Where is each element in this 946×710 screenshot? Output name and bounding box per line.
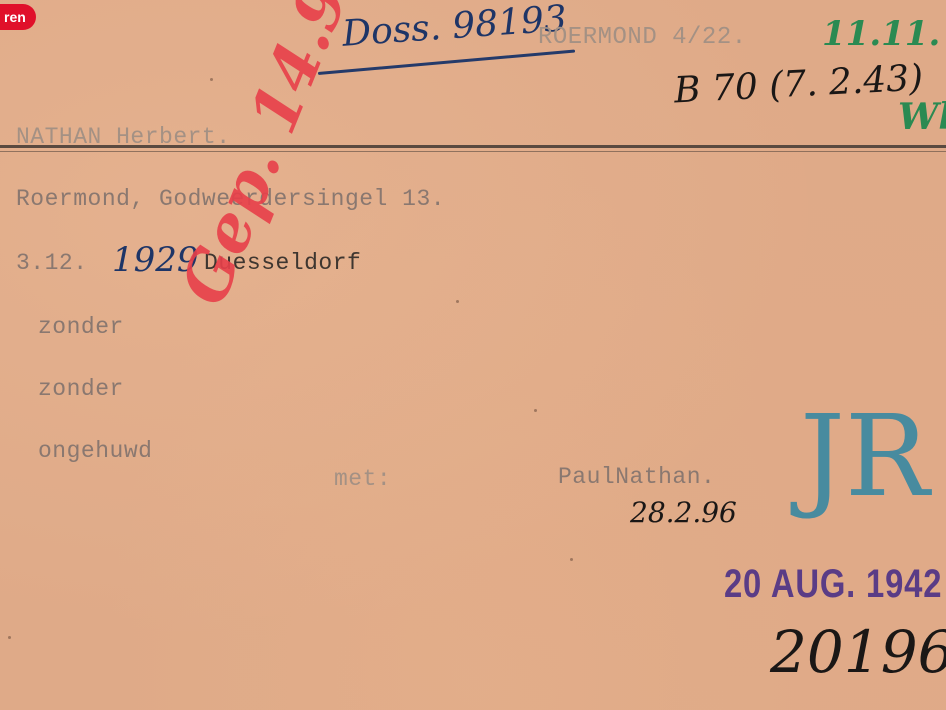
relation-name: PaulNathan. <box>558 464 715 490</box>
green-date: 11.11. 42 <box>822 14 946 54</box>
field-religion: zonder <box>38 314 124 340</box>
paper-speck <box>570 558 573 561</box>
field-marital-status: ongehuwd <box>38 438 152 464</box>
date-stamp: 20 AUG. 1942 <box>724 562 942 607</box>
place-code: ROERMOND 4/22. <box>538 24 747 51</box>
paper-speck <box>456 300 459 303</box>
field-occupation: zonder <box>38 376 124 402</box>
green-initials: Wl <box>898 96 946 138</box>
registration-card: ren Doss. 98193 ROERMOND 4/22. 11.11. 42… <box>0 0 946 710</box>
registration-number: 20196 <box>770 618 946 686</box>
relation-label: met: <box>334 466 391 492</box>
paper-speck <box>210 78 213 81</box>
header-rule-thin <box>0 151 946 152</box>
header-rule <box>0 145 946 148</box>
teal-initials: JR <box>800 392 929 522</box>
overlay-badge-label: ren <box>4 9 26 25</box>
overlay-badge[interactable]: ren <box>0 4 36 30</box>
paper-speck <box>534 409 537 412</box>
dossier-number: Doss. 98193 <box>341 0 568 55</box>
paper-speck <box>8 636 11 639</box>
reference-note: B 70 (7. 2.43) <box>673 58 924 112</box>
birth-day-month: 3.12. <box>16 250 88 276</box>
relation-date: 28.2.96 <box>630 496 737 529</box>
